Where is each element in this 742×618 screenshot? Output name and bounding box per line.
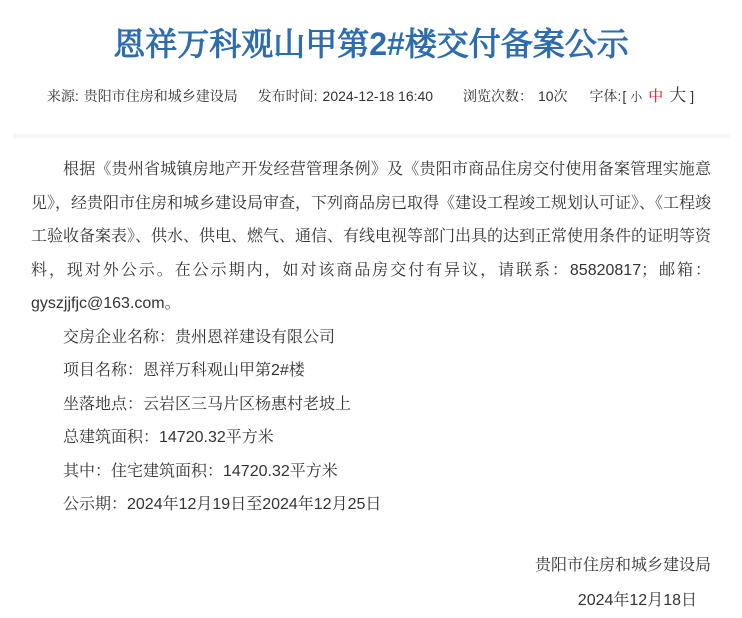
- font-size-small-link[interactable]: 小: [630, 90, 642, 104]
- article-body: 根据《贵州省城镇房地产开发经营管理条例》及《贵阳市商品住房交付使用备案管理实施意…: [0, 138, 742, 618]
- publish-time-value: 2024-12-18 16:40: [323, 88, 434, 104]
- meta-source: 来源:贵阳市住房和城乡建设局: [47, 86, 238, 106]
- view-count-value: 10次: [538, 88, 568, 104]
- view-count-label: 浏览次数：: [463, 88, 533, 104]
- detail-company: 交房企业名称：贵州恩祥建设有限公司: [31, 321, 711, 355]
- meta-publish-time: 发布时间:2024-12-18 16:40: [258, 86, 433, 106]
- font-size-medium-link[interactable]: 中: [648, 88, 663, 105]
- signature-org: 贵阳市住房和城乡建设局: [31, 548, 711, 583]
- font-size-bracket-close: ]: [690, 88, 694, 104]
- publish-time-label: 发布时间:: [258, 88, 318, 104]
- font-size-large-link[interactable]: 大: [669, 86, 686, 105]
- source-label: 来源:: [47, 88, 79, 104]
- detail-location: 坐落地点：云岩区三马片区杨惠村老坡上: [31, 388, 711, 422]
- meta-bar: 来源:贵阳市住房和城乡建设局 发布时间:2024-12-18 16:40 浏览次…: [0, 86, 742, 107]
- notice-page: 恩祥万科观山甲第2#楼交付备案公示 来源:贵阳市住房和城乡建设局 发布时间:20…: [0, 0, 742, 618]
- detail-publicity-period: 公示期：2024年12月19日至2024年12月25日: [31, 488, 711, 522]
- detail-project-name: 项目名称：恩祥万科观山甲第2#楼: [31, 354, 711, 388]
- detail-total-area: 总建筑面积：14720.32平方米: [31, 421, 711, 455]
- font-size-bracket-open: [: [622, 88, 626, 104]
- font-size-label: 字体:: [589, 88, 621, 104]
- signature-date: 2024年12月18日: [31, 583, 711, 618]
- signature-block: 贵阳市住房和城乡建设局 2024年12月18日: [31, 548, 711, 618]
- intro-paragraph: 根据《贵州省城镇房地产开发经营管理条例》及《贵阳市商品住房交付使用备案管理实施意…: [31, 153, 711, 321]
- detail-resident-area: 其中：住宅建筑面积：14720.32平方米: [31, 455, 711, 489]
- source-value: 贵阳市住房和城乡建设局: [84, 88, 238, 104]
- page-title: 恩祥万科观山甲第2#楼交付备案公示: [0, 0, 742, 64]
- font-size-selector: 字体:[小中大]: [589, 86, 695, 107]
- meta-view-count: 浏览次数：10次: [463, 86, 568, 106]
